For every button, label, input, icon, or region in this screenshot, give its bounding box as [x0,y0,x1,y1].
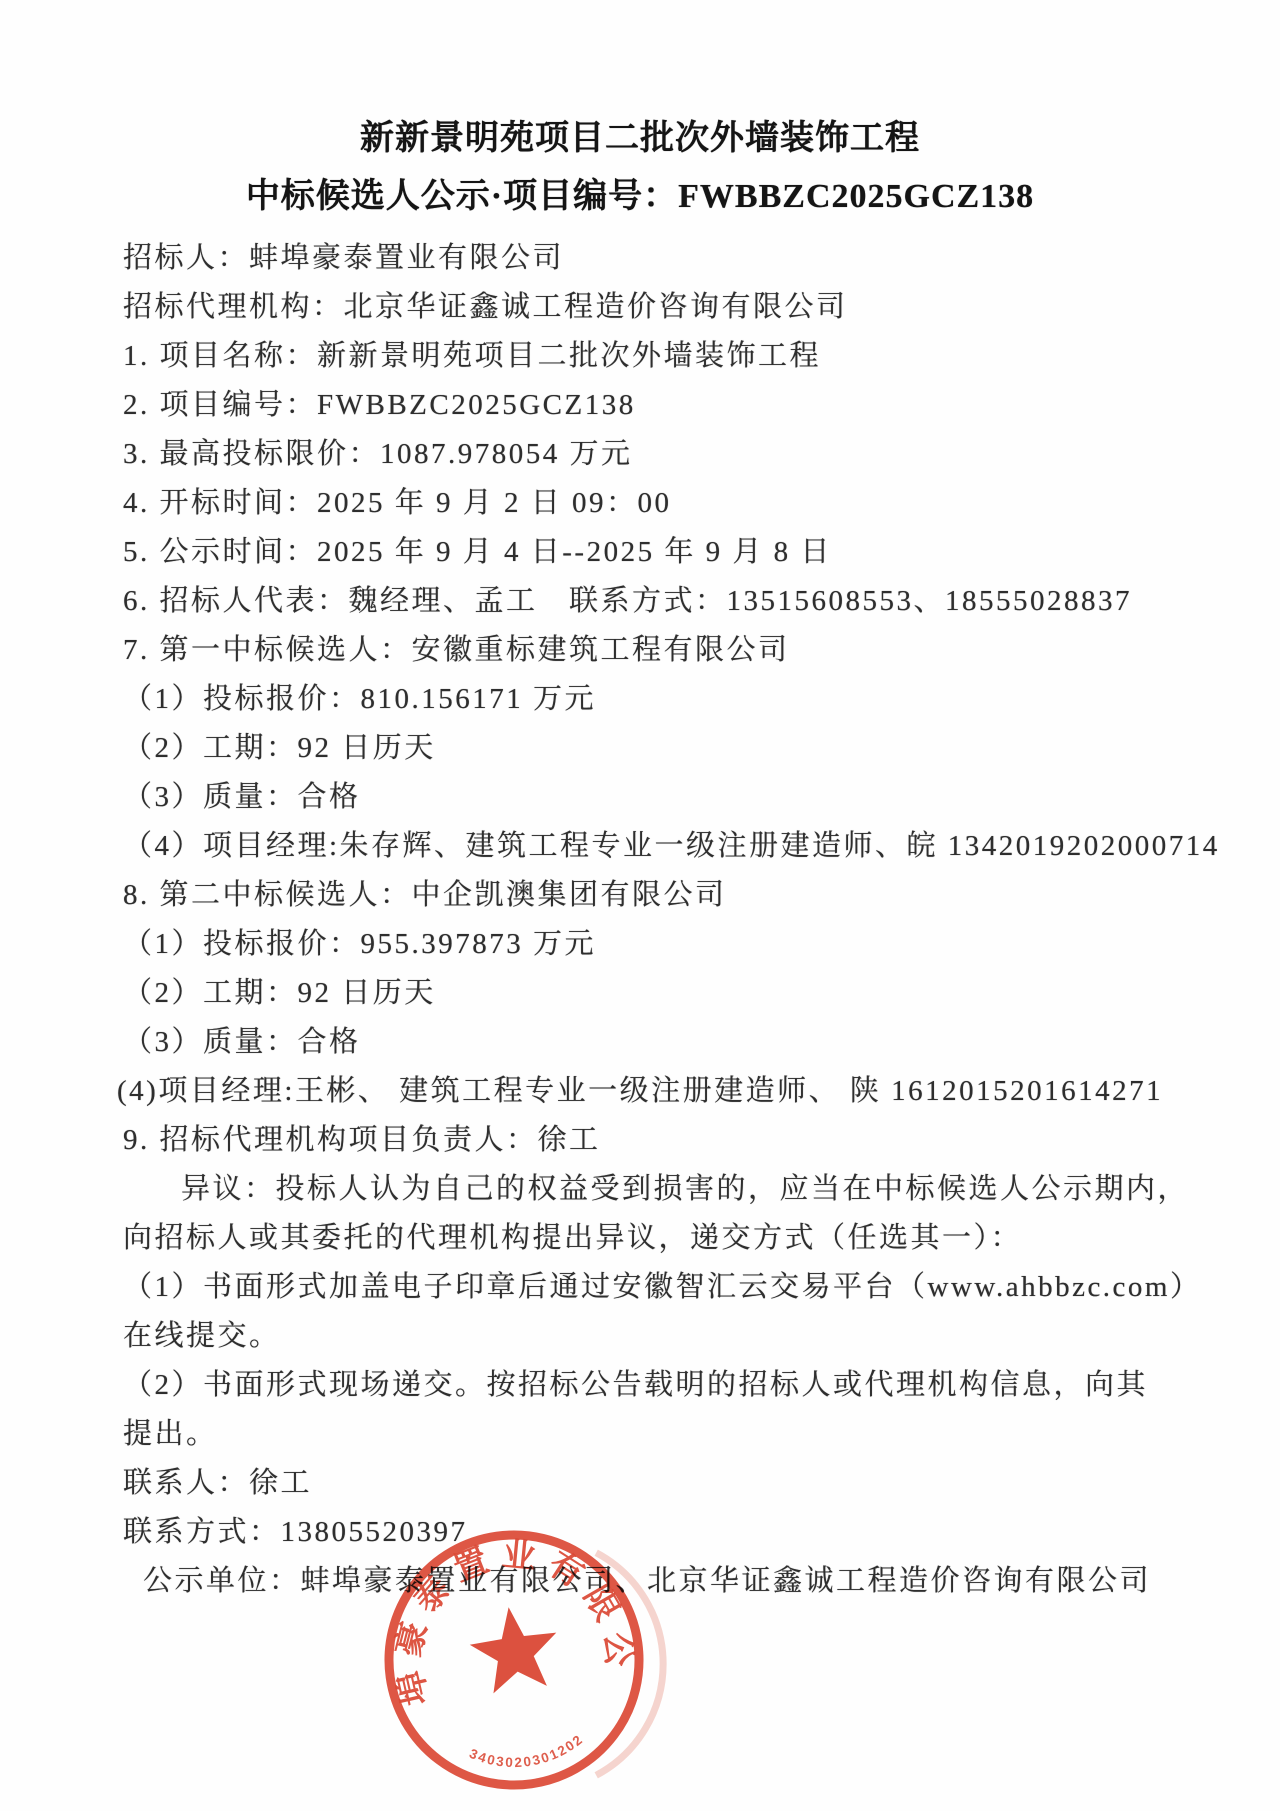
candidate1-name: 7. 第一中标候选人：安徽重标建筑工程有限公司 [123,626,1172,675]
star-icon [465,1601,563,1696]
document-body: 招标人：蚌埠豪泰置业有限公司 招标代理机构：北京华证鑫诚工程造价咨询有限公司 1… [123,234,1172,1606]
item-project-name: 1. 项目名称：新新景明苑项目二批次外墙装饰工程 [123,332,1172,381]
item-representatives: 6. 招标人代表：魏经理、孟工 联系方式：13515608553、1855502… [123,577,1172,626]
method1-line2: 在线提交。 [123,1312,1172,1361]
candidate1-price: （1）投标报价：810.156171 万元 [123,675,1172,724]
candidate2-quality: （3）质量：合格 [123,1018,1172,1067]
agency-line: 招标代理机构：北京华证鑫诚工程造价咨询有限公司 [123,283,1172,332]
item-max-bid-price: 3. 最高投标限价：1087.978054 万元 [123,430,1172,479]
method2-line1: （2）书面形式现场递交。按招标公告载明的招标人或代理机构信息，向其 [123,1361,1172,1410]
candidate1-manager: （4）项目经理:朱存辉、建筑工程专业一级注册建造师、皖 134201920200… [123,822,1172,871]
agency-lead-line: 9. 招标代理机构项目负责人：徐工 [123,1116,1172,1165]
item-project-number: 2. 项目编号：FWBBZC2025GCZ138 [123,381,1172,430]
method1-line1: （1）书面形式加盖电子印章后通过安徽智汇云交易平台（www.ahbbzc.com… [123,1263,1172,1312]
contact-person-line: 联系人：徐工 [123,1459,1172,1508]
item-open-time: 4. 开标时间：2025 年 9 月 2 日 09：00 [123,479,1172,528]
tenderer-line: 招标人：蚌埠豪泰置业有限公司 [123,234,1172,283]
document-subtitle: 中标候选人公示·项目编号：FWBBZC2025GCZ138 [0,174,1280,220]
announcement-page: 新新景明苑项目二批次外墙装饰工程 中标候选人公示·项目编号：FWBBZC2025… [0,0,1280,1811]
objection-line2: 向招标人或其委托的代理机构提出异议，递交方式（任选其一）： [123,1214,1172,1263]
candidate2-name: 8. 第二中标候选人：中企凯澳集团有限公司 [123,871,1172,920]
item-publicity-time: 5. 公示时间：2025 年 9 月 4 日--2025 年 9 月 8 日 [123,528,1172,577]
objection-line1: 异议：投标人认为自己的权益受到损害的，应当在中标候选人公示期内， [123,1165,1172,1214]
title-block: 新新景明苑项目二批次外墙装饰工程 中标候选人公示·项目编号：FWBBZC2025… [0,0,1280,220]
candidate2-duration: （2）工期：92 日历天 [123,969,1172,1018]
candidate1-quality: （3）质量：合格 [123,773,1172,822]
document-title: 新新景明苑项目二批次外墙装饰工程 [0,116,1280,162]
candidate2-price: （1）投标报价：955.397873 万元 [123,920,1172,969]
candidate1-duration: （2）工期：92 日历天 [123,724,1172,773]
official-seal: 蚌埠豪泰置业有限公司 3403020301202 [379,1522,719,1802]
candidate2-manager: (4)项目经理:王彬、 建筑工程专业一级注册建造师、 陕 16120152016… [117,1067,1172,1116]
method2-line2: 提出。 [123,1410,1172,1459]
